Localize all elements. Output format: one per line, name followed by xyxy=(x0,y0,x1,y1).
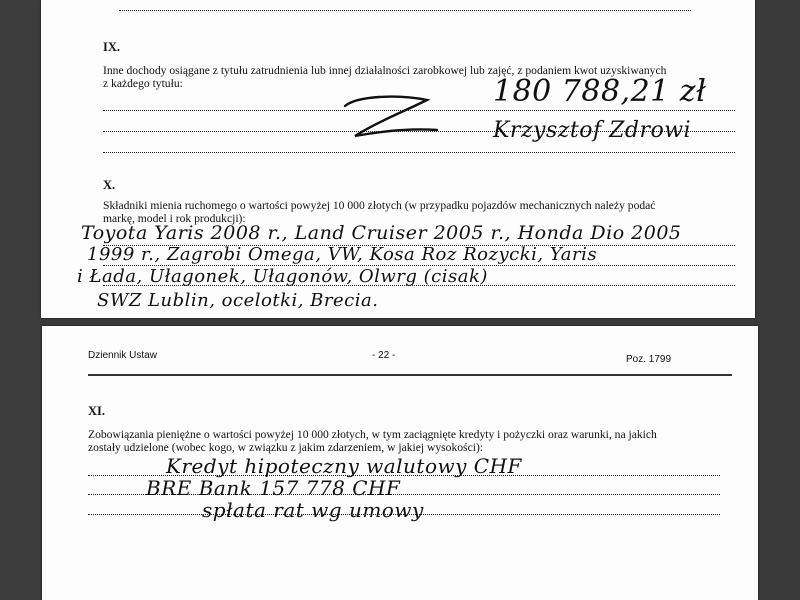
handwritten-line: 1999 r., Zagrobi Omega, VW, Kosa Roz Roz… xyxy=(87,244,597,265)
handwritten-name: Krzysztof Zdrowi xyxy=(493,118,691,143)
section-xi-prompt: Zobowiązania pieniężne o wartości powyże… xyxy=(88,428,748,454)
background-left xyxy=(0,0,40,600)
document-page-top: IX. Inne dochody osiągane z tytułu zatru… xyxy=(41,0,755,318)
handwritten-amount: 180 788,21 zł xyxy=(493,74,706,109)
section-x-prompt-line1: Składniki mienia ruchomego o wartości po… xyxy=(103,199,743,212)
page-number: - 22 - xyxy=(372,350,395,361)
journal-title: Dziennik Ustaw xyxy=(88,350,157,361)
dotted-line xyxy=(103,152,735,153)
position-number: Poz. 1799 xyxy=(626,354,671,365)
handwritten-line: SWZ Lublin, ocelotki, Brecia. xyxy=(97,290,378,311)
handwritten-line: BRE Bank 157 778 CHF xyxy=(146,476,400,500)
dotted-line xyxy=(119,10,691,11)
handwritten-line: i Łada, Ułagonek, Ułagonów, Olwrg (cisak… xyxy=(77,266,488,287)
z-strike-mark xyxy=(337,92,457,152)
section-xi-prompt-line1: Zobowiązania pieniężne o wartości powyże… xyxy=(88,428,748,441)
section-number-xi: XI. xyxy=(88,404,105,419)
document-page-bottom: Dziennik Ustaw - 22 - Poz. 1799 XI. Zobo… xyxy=(42,326,758,600)
handwritten-line: Kredyt hipoteczny walutowy CHF xyxy=(166,454,522,478)
section-number-ix: IX. xyxy=(103,40,120,55)
handwritten-line: spłata rat wg umowy xyxy=(202,498,424,522)
section-xi-prompt-line2: zostały udzielone (wobec kogo, w związku… xyxy=(88,441,748,454)
handwritten-line: Toyota Yaris 2008 r., Land Cruiser 2005 … xyxy=(81,222,682,244)
section-number-x: X. xyxy=(103,178,115,193)
header-rule xyxy=(88,374,732,376)
